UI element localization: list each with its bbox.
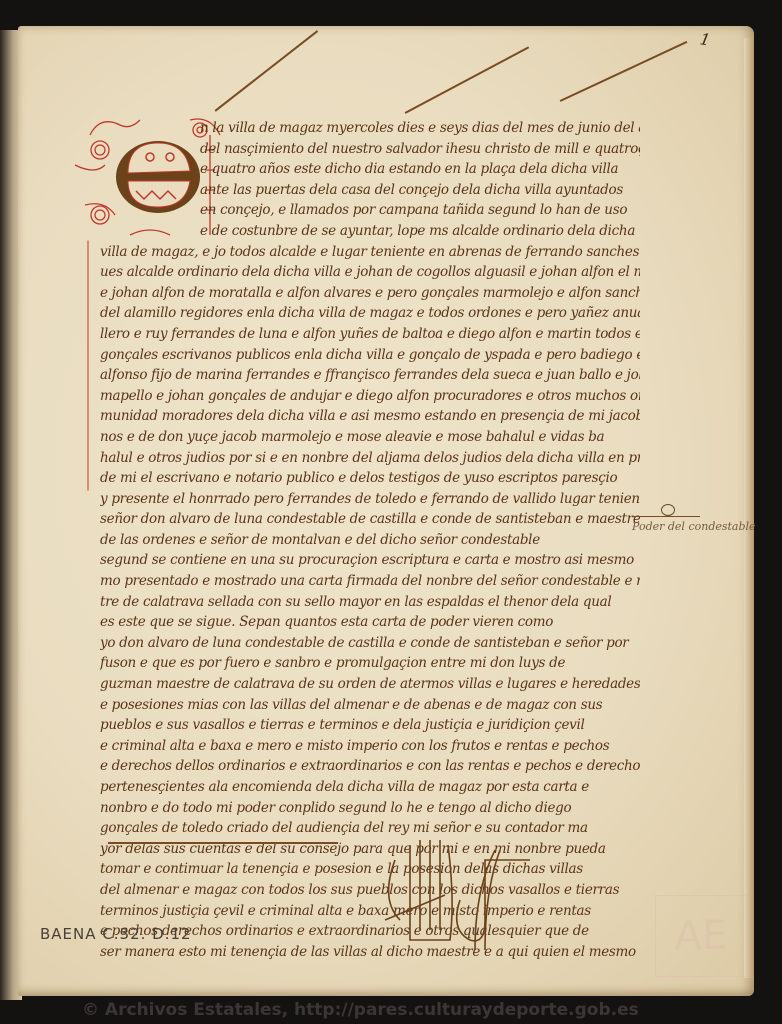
- text-line: e johan alfon de moratalla e alfon alvar…: [100, 283, 640, 304]
- text-line: munidad moradores dela dicha villa e asi…: [100, 406, 640, 427]
- text-line: gonçales escrivanos publicos enla dicha …: [100, 345, 640, 366]
- text-line: segund se contiene en una su procuraçion…: [100, 550, 640, 571]
- pen-stroke: [108, 842, 338, 844]
- text-line: del alamillo regidores enla dicha villa …: [100, 303, 640, 324]
- rubric-line: [88, 241, 89, 491]
- text-line: e de costunbre de se ayuntar, lope ms al…: [100, 221, 640, 242]
- text-line: de mi el escrivano e notario publico e d…: [100, 468, 640, 489]
- text-line: e quatro años este dicho dia estando en …: [100, 159, 640, 180]
- margin-circle-mark: [661, 504, 675, 516]
- copyright-watermark: © Archivos Estatales, http://pares.cultu…: [82, 1000, 639, 1020]
- signature-flourish-icon: [370, 830, 530, 955]
- text-line: pertenesçientes ala encomienda dela dich…: [100, 777, 640, 798]
- text-line: yo don alvaro de luna condestable de cas…: [100, 633, 640, 654]
- text-line: e posesiones mias con las villas del alm…: [100, 695, 640, 716]
- text-line: ues alcalde ordinario dela dicha villa e…: [100, 262, 640, 283]
- text-line: y presente el honrrado pero ferrandes de…: [100, 489, 640, 510]
- text-line: villa de magaz, e jo todos alcalde e lug…: [100, 242, 640, 263]
- text-line: pueblos e sus vasallos e tierras e termi…: [100, 715, 640, 736]
- text-line: de las ordenes e señor de montalvan e de…: [100, 530, 640, 551]
- text-line: señor don alvaro de luna condestable de …: [100, 509, 640, 530]
- text-line: e derechos dellos ordinarios e extraordi…: [100, 756, 640, 777]
- text-line: del nasçimiento del nuestro salvador ihe…: [100, 139, 640, 160]
- text-line: en conçejo, e llamados por campana tañid…: [100, 200, 640, 221]
- shelfmark: BAENA C.32. D.12: [40, 925, 192, 943]
- text-line: es este que se sigue. Sepan quantos esta…: [100, 612, 640, 633]
- text-line: halul e otros judios por si e en nonbre …: [100, 448, 640, 469]
- text-line: alfonso fijo de marina ferrandes e ffran…: [100, 365, 640, 386]
- text-line: mo presentado e mostrado una carta firma…: [100, 571, 640, 592]
- text-line: ante las puertas dela casa del conçejo d…: [100, 180, 640, 201]
- text-line: e criminal alta e baxa e mero e misto im…: [100, 736, 640, 757]
- text-line: n la villa de magaz myercoles dies e sey…: [100, 118, 640, 139]
- text-line: nos e de don yuçe jacob marmolejo e mose…: [100, 427, 640, 448]
- text-line: guzman maestre de calatrava de su orden …: [100, 674, 640, 695]
- margin-rule: [632, 516, 700, 517]
- text-line: tre de calatrava sellada con su sello ma…: [100, 592, 640, 613]
- text-line: nonbro e do todo mi poder conplido segun…: [100, 798, 640, 819]
- margin-annotation: Poder del condestable: [632, 520, 756, 533]
- text-line: mapello e johan gonçales de andujar e di…: [100, 386, 640, 407]
- page-edge: [744, 38, 754, 978]
- text-line: fuson e que es por fuero e sanbro e prom…: [100, 653, 640, 674]
- text-line: llero e ruy ferrandes de luna e alfon yu…: [100, 324, 640, 345]
- archive-stamp: AE: [655, 895, 747, 977]
